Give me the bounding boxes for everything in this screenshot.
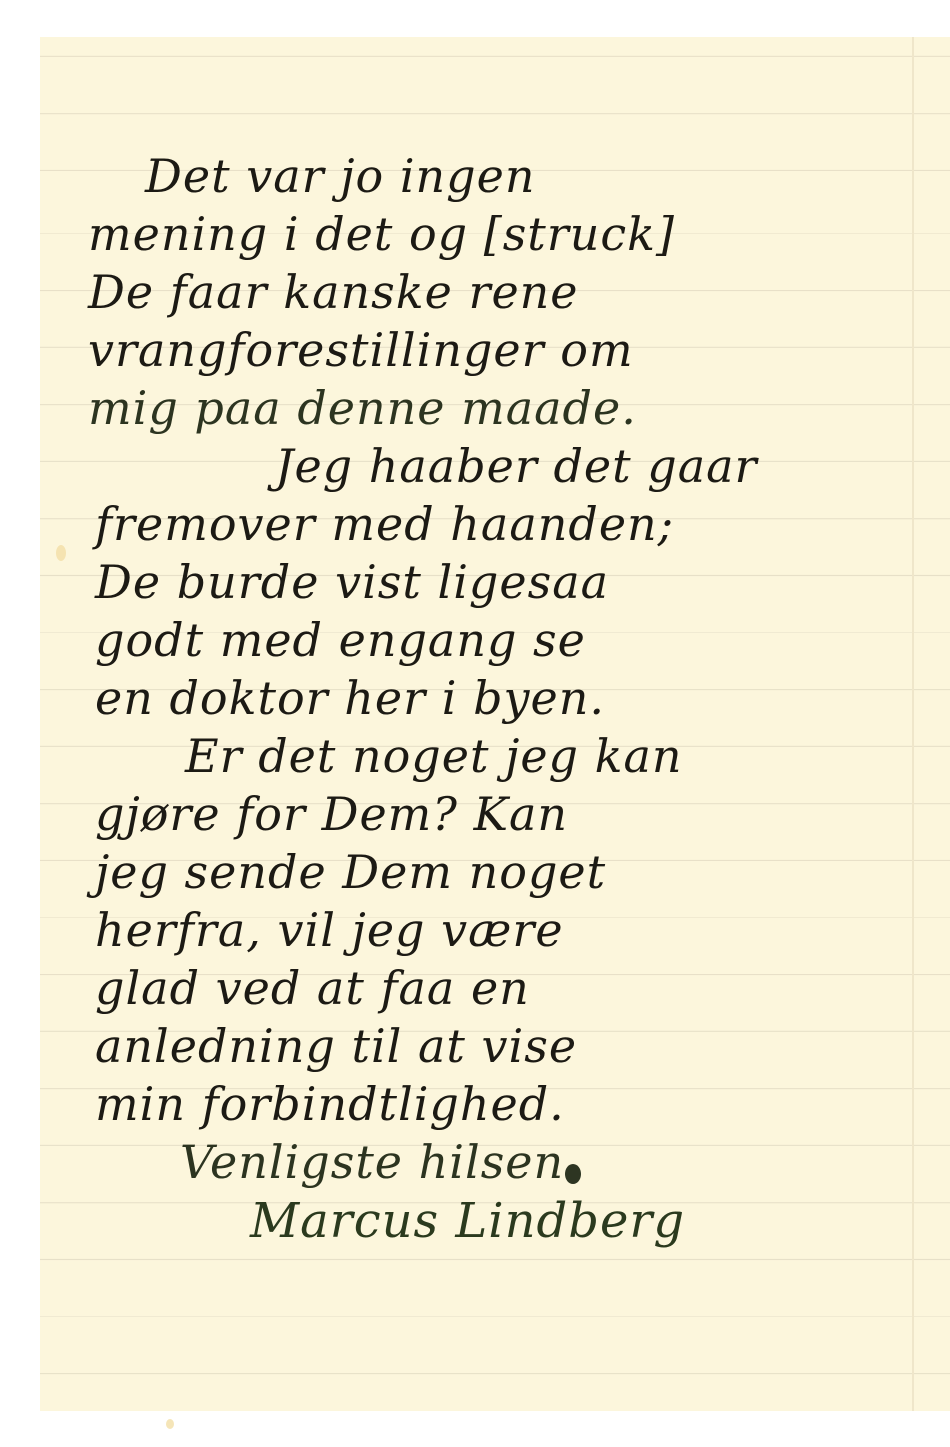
letter-line-15: glad ved at faa en [95, 961, 530, 1015]
letter-line-2: mening i det og [struck] [88, 207, 675, 261]
letter-line-13: jeg sende Dem noget [95, 845, 606, 899]
letter-page: Det var jo ingen mening i det og [struck… [40, 37, 950, 1411]
letter-line-2-text: mening i det og [struck] [88, 207, 675, 261]
closing: Venligste hilsen [180, 1135, 564, 1189]
letter-line-11: Er det noget jeg kan [185, 729, 683, 783]
letter-line-8: De burde vist ligesaa [95, 555, 609, 609]
ink-blot [565, 1164, 581, 1184]
letter-line-1: Det var jo ingen [145, 149, 535, 203]
signature: Marcus Lindberg [250, 1193, 685, 1249]
letter-line-10: en doktor her i byen. [95, 671, 605, 725]
letter-line-14: herfra, vil jeg være [95, 903, 564, 957]
fold-line [912, 37, 914, 1411]
letter-line-4: vrangforestillinger om [88, 323, 634, 377]
letter-line-17: min forbindtlighed. [95, 1077, 565, 1131]
paper-stain [166, 1419, 174, 1429]
letter-line-12: gjøre for Dem? Kan [95, 787, 568, 841]
paper-stain [56, 545, 66, 561]
letter-line-9: godt med engang se [95, 613, 586, 667]
letter-line-7: fremover med haanden; [95, 497, 674, 551]
letter-line-5: mig paa denne maade. [88, 381, 637, 435]
letter-line-3: De faar kanske rene [88, 265, 579, 319]
letter-line-16: anledning til at vise [95, 1019, 577, 1073]
letter-line-6: Jeg haaber det gaar [275, 439, 758, 493]
